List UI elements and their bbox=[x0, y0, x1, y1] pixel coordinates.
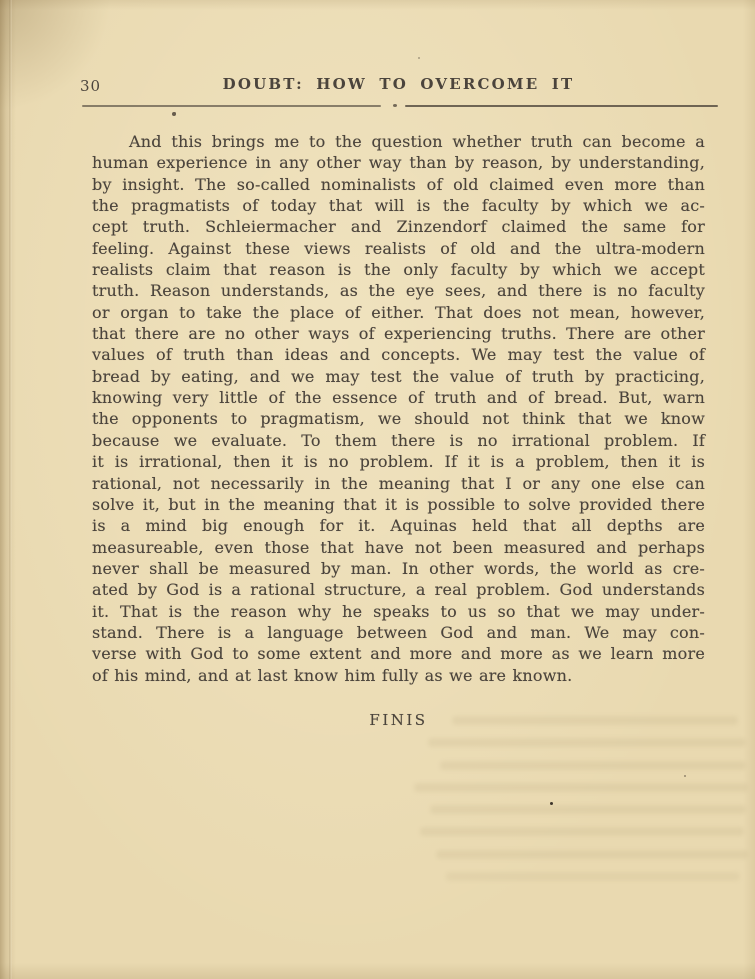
text-line: realists claim that reason is the only f… bbox=[92, 259, 705, 280]
text-line: the opponents to pragmatism, we should n… bbox=[92, 408, 705, 429]
page-fold-shadow bbox=[9, 0, 12, 979]
text-line: solve it, but in the meaning that it is … bbox=[92, 494, 705, 515]
text-line: of his mind, and at last know him fully … bbox=[92, 665, 705, 686]
text-line: is a mind big enough for it. Aquinas hel… bbox=[92, 515, 705, 536]
text-line: by insight. The so-called nominalists of… bbox=[92, 174, 705, 195]
body-text: And this brings me to the question wheth… bbox=[92, 131, 705, 686]
text-line: values of truth than ideas and concepts.… bbox=[92, 344, 705, 365]
text-line: never shall be measured by man. In other… bbox=[92, 558, 705, 579]
text-line: the pragmatists of today that will is th… bbox=[92, 195, 705, 216]
text-line: it is irrational, then it is no problem.… bbox=[92, 451, 705, 472]
text-line: because we evaluate. To them there is no… bbox=[92, 430, 705, 451]
rule-left-segment bbox=[82, 105, 381, 107]
text-line: And this brings me to the question wheth… bbox=[92, 131, 705, 152]
ink-speck bbox=[172, 112, 176, 116]
paper-speck bbox=[418, 57, 420, 59]
text-line: rational, not necessarily in the meaning… bbox=[92, 473, 705, 494]
text-line: bread by eating, and we may test the val… bbox=[92, 366, 705, 387]
book-page: 30 DOUBT: HOW TO OVERCOME IT And this br… bbox=[0, 0, 755, 979]
text-line: feeling. Against these views realists of… bbox=[92, 238, 705, 259]
paper-speck bbox=[550, 802, 553, 805]
text-line: stand. There is a language between God a… bbox=[92, 622, 705, 643]
text-line: ated by God is a rational structure, a r… bbox=[92, 579, 705, 600]
header-rule bbox=[82, 104, 718, 107]
text-line: it. That is the reason why he speaks to … bbox=[92, 601, 705, 622]
text-line: that there are no other ways of experien… bbox=[92, 323, 705, 344]
text-line: measureable, even those that have not be… bbox=[92, 537, 705, 558]
text-line: knowing very little of the essence of tr… bbox=[92, 387, 705, 408]
text-line: or organ to take the place of either. Th… bbox=[92, 302, 705, 323]
rule-center-dot bbox=[393, 104, 397, 107]
paper-speck bbox=[684, 775, 686, 777]
running-title: DOUBT: HOW TO OVERCOME IT bbox=[92, 75, 705, 93]
text-line: cept truth. Schleiermacher and Zinzendor… bbox=[92, 216, 705, 237]
rule-right-segment bbox=[405, 105, 718, 107]
text-line: truth. Reason understands, as the eye se… bbox=[92, 280, 705, 301]
text-line: human experience in any other way than b… bbox=[92, 152, 705, 173]
finis-label: FINIS bbox=[92, 711, 705, 729]
text-line: verse with God to some extent and more a… bbox=[92, 643, 705, 664]
